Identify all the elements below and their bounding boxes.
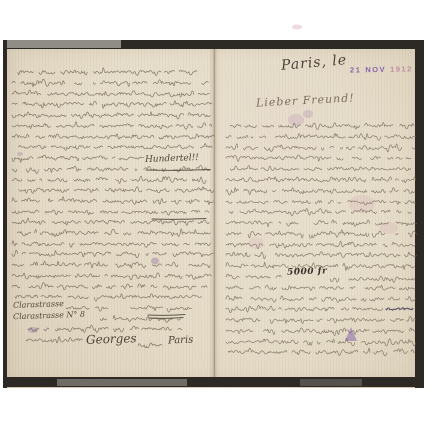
scan-edge-bottom-highlight xyxy=(57,379,187,386)
scanned-letter: Paris, le 21 NOV 1912 Lieber Freund! Hun… xyxy=(0,0,428,428)
scan-edge-right xyxy=(415,40,424,388)
center-fold-line xyxy=(214,49,215,377)
scan-edge-left xyxy=(3,40,7,388)
scan-edge-bottom-highlight-2 xyxy=(300,379,362,386)
ink-blot xyxy=(292,25,302,30)
scan-edge-top-highlight xyxy=(3,40,121,48)
